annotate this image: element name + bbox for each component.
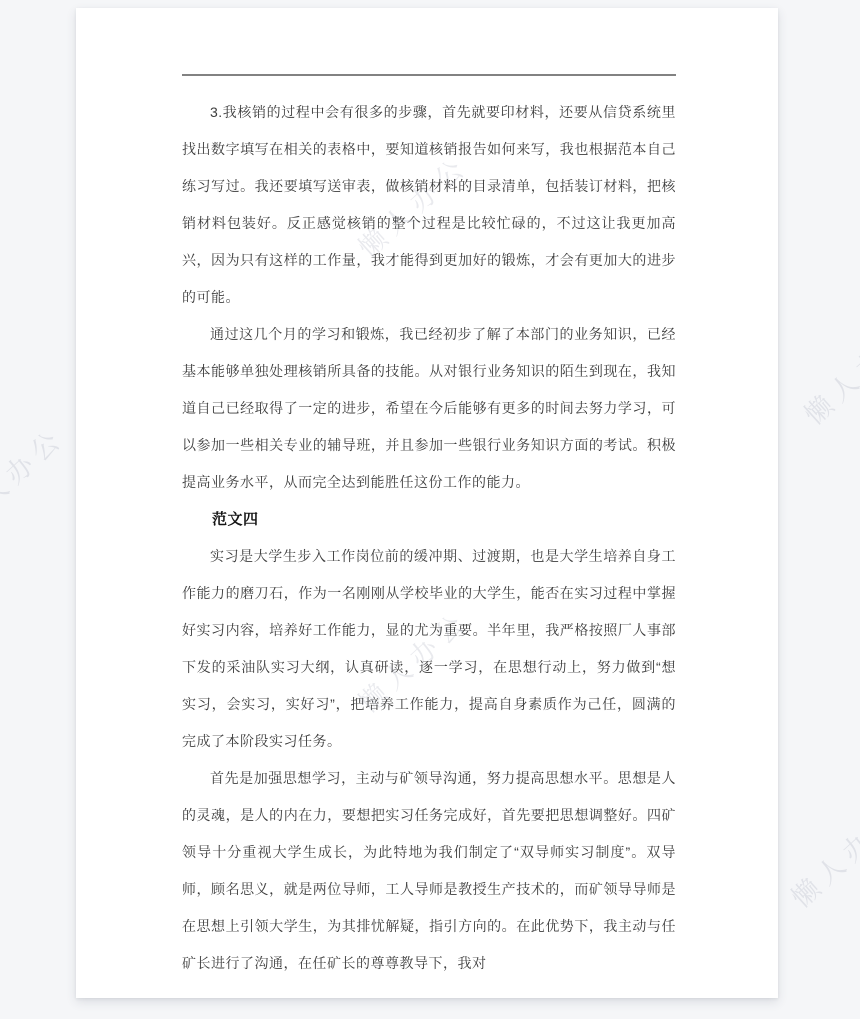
paragraph-3: 实习是大学生步入工作岗位前的缓冲期、过渡期，也是大学生培养自身工作能力的磨刀石，… (182, 538, 676, 760)
paragraph-1: 3.我核销的过程中会有很多的步骤，首先就要印材料，还要从信贷系统里找出数字填写在… (182, 94, 676, 316)
document-content: 3.我核销的过程中会有很多的步骤，首先就要印材料，还要从信贷系统里找出数字填写在… (182, 74, 676, 982)
document-viewer: 3.我核销的过程中会有很多的步骤，首先就要印材料，还要从信贷系统里找出数字填写在… (0, 0, 860, 1019)
paragraph-4: 首先是加强思想学习，主动与矿领导沟通，努力提高思想水平。思想是人的灵魂，是人的内… (182, 760, 676, 982)
horizontal-rule (182, 74, 676, 76)
watermark-text: 懒人办公 (0, 417, 72, 537)
watermark-text: 懒人办公 (781, 795, 860, 915)
paragraph-2: 通过这几个月的学习和锻炼，我已经初步了解了本部门的业务知识，已经基本能够单独处理… (182, 316, 676, 501)
watermark-text: 懒人办公 (794, 312, 860, 432)
section-heading: 范文四 (182, 501, 676, 538)
document-page: 3.我核销的过程中会有很多的步骤，首先就要印材料，还要从信贷系统里找出数字填写在… (76, 8, 778, 998)
